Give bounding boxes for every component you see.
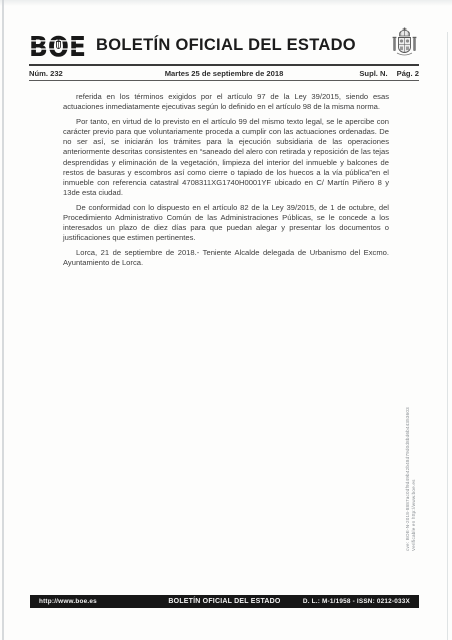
paragraph-signature: Lorca, 21 de septiembre de 2018.- Tenien…	[63, 248, 389, 268]
document-body: referida en los términos exigidos por el…	[63, 92, 389, 274]
paragraph: De conformidad con lo dispuesto en el ar…	[63, 203, 389, 243]
issue-info-row: Martes 25 de septiembre de 2018 Núm. 232…	[29, 67, 419, 79]
issue-supplement: Supl. N.	[359, 69, 387, 78]
issue-page-number: Pág. 2	[397, 69, 419, 78]
scan-shade	[0, 0, 452, 6]
footer-band: BOLETÍN OFICIAL DEL ESTADO http://www.bo…	[30, 595, 419, 608]
masthead-title: BOLETÍN OFICIAL DEL ESTADO	[0, 36, 452, 55]
footer-url: http://www.boe.es	[39, 598, 97, 605]
paragraph: Por tanto, en virtud de lo previsto en e…	[63, 117, 389, 198]
footer-legal-info: D. L.: M-1/1958 - ISSN: 0212-033X	[303, 598, 410, 605]
spain-coat-of-arms-icon	[391, 27, 418, 62]
header-rule-top	[29, 64, 419, 66]
cve-verify-note: Verificable en http://www.boe.es	[411, 407, 417, 551]
header-rule-bottom	[29, 80, 419, 81]
scan-edge-right	[447, 32, 448, 640]
scan-edge-left	[2, 0, 4, 640]
issue-number: Núm. 232	[29, 69, 63, 78]
cve-vertical-text: cve: BOE-N-2018-8887ac0df9d49b42b48d79d0…	[405, 407, 417, 551]
paragraph: referida en los términos exigidos por el…	[63, 92, 389, 112]
scanned-document-page: BOE BOLETÍN OFICIAL DEL ESTADO	[0, 0, 452, 640]
